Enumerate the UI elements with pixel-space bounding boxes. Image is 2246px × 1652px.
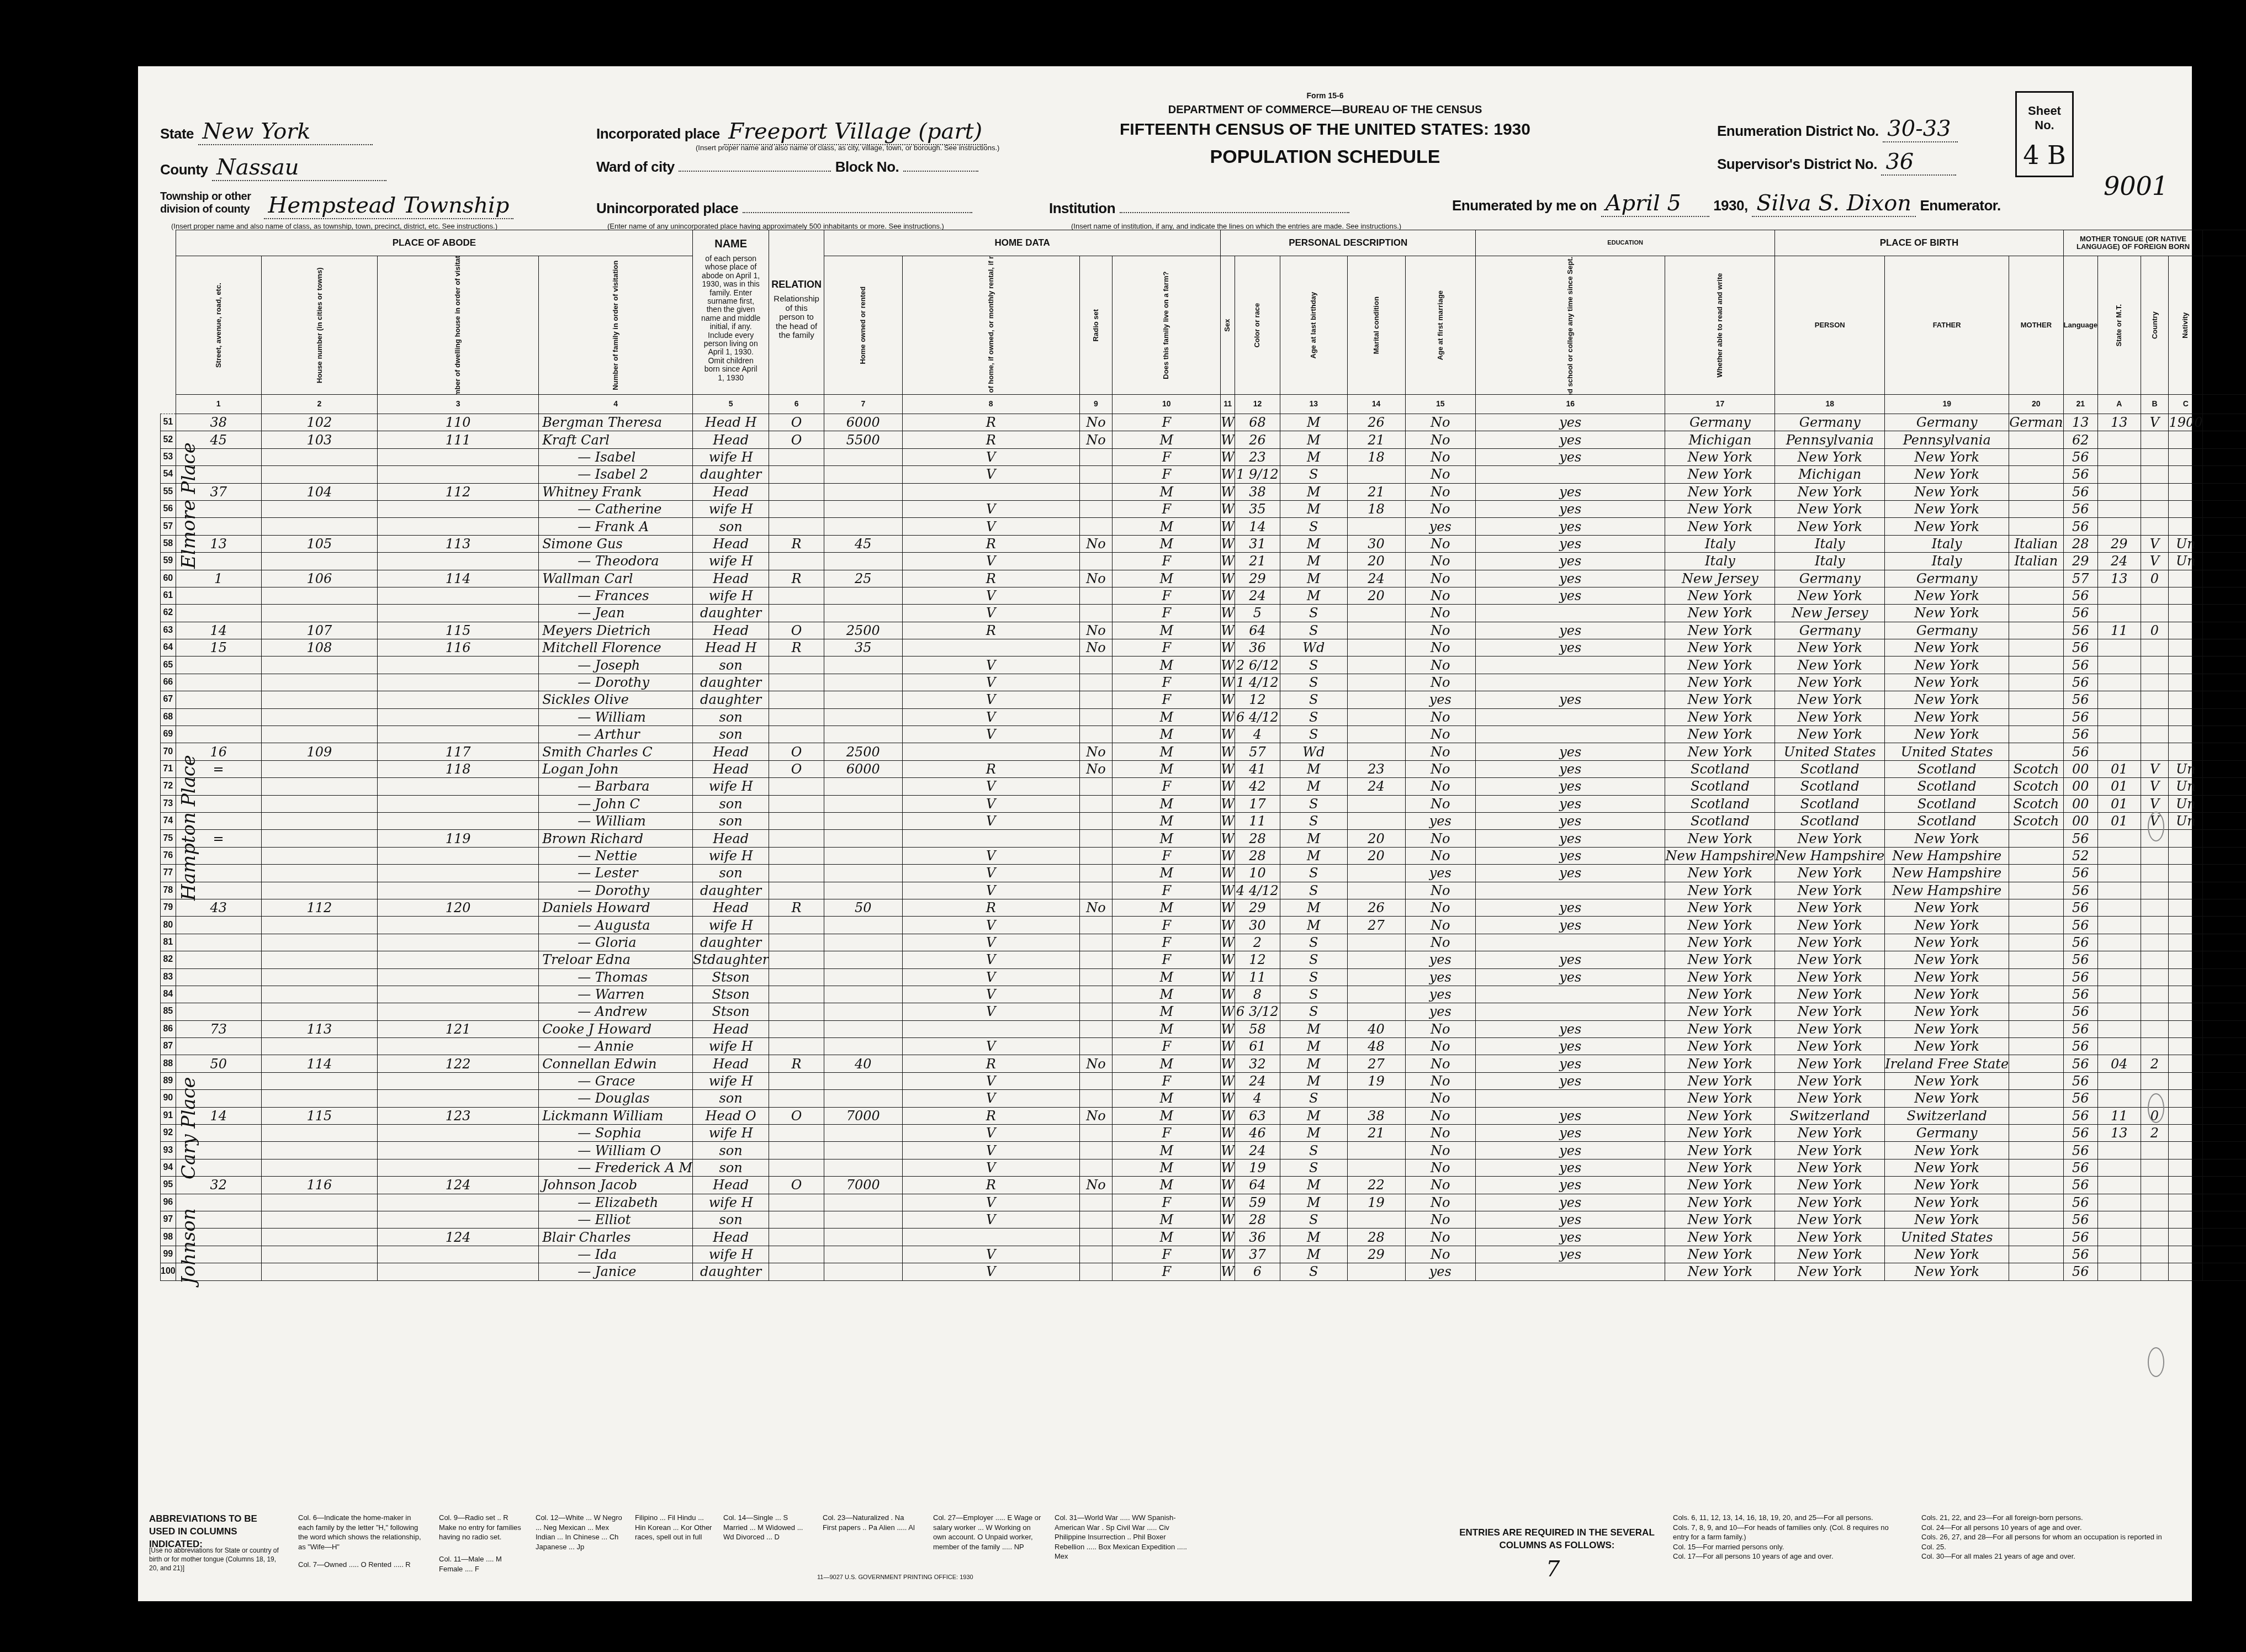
cell-relation: Head	[692, 622, 769, 639]
cell-code-c	[2141, 500, 2169, 517]
cell-tongue	[2009, 1142, 2063, 1159]
col-header-13: Age at last birthday	[1280, 256, 1347, 395]
cell-code-c: V	[2141, 795, 2169, 812]
cell-sex: M	[1113, 708, 1221, 726]
entries-1: Cols. 6, 11, 12, 13, 14, 16, 18, 19, 20,…	[1673, 1513, 1905, 1523]
cell-age: 11	[1235, 812, 1280, 829]
cell-farm	[1079, 1038, 1113, 1055]
cell-school: No	[1405, 1246, 1475, 1263]
cell-line: 92	[161, 1125, 176, 1142]
group-name: NAMEof each person whose place of abode …	[692, 230, 769, 395]
cell-value	[824, 1211, 902, 1228]
cell-dwelling: 112	[261, 899, 377, 916]
cell-code-a: 56	[2063, 865, 2097, 882]
street-name: Cary Place	[178, 1077, 200, 1180]
col-header-22: State or M.T.	[2097, 256, 2141, 395]
col-number: 15	[1405, 395, 1475, 414]
cell-birth-mother: New Hampshire	[1885, 847, 2009, 864]
cell-birth-father: Scotland	[1775, 812, 1885, 829]
cell-value	[824, 1246, 902, 1263]
cell-tongue: Scotch	[2009, 812, 2063, 829]
cell-birth-person: New York	[1665, 605, 1775, 622]
cell-name: — Catherine	[539, 500, 693, 517]
cell-code-a: 56	[2063, 917, 2097, 934]
table-row: 62— JeandaughterVFW5SNoNew YorkNew Jerse…	[161, 605, 2246, 622]
cell-marital: M	[1280, 431, 1347, 448]
cell-sex: F	[1113, 951, 1221, 968]
cell-marital: M	[1280, 899, 1347, 916]
cell-code-c	[2141, 1072, 2169, 1089]
col-header-9: Radio set	[1079, 256, 1113, 395]
cell-code-c	[2141, 986, 2169, 1003]
cell-sex: M	[1113, 899, 1221, 916]
cell-race: W	[1221, 847, 1235, 864]
cell-code-c	[2141, 1177, 2169, 1194]
relation-description: Relationship of this person to the head …	[769, 290, 824, 345]
cell-immig	[2169, 726, 2203, 743]
cell-birth-father: Italy	[1775, 553, 1885, 570]
col-header-label: MOTHER	[2021, 321, 2052, 329]
cell-age-marriage	[1347, 1263, 1405, 1280]
cell-family: 120	[378, 899, 539, 916]
cell-code-a: 28	[2063, 535, 2097, 552]
cell-name: — John C	[539, 795, 693, 812]
cell-sex: M	[1113, 760, 1221, 777]
cell-dwelling	[261, 1229, 377, 1246]
cell-tongue	[2009, 743, 2063, 760]
cell-read	[1476, 934, 1665, 951]
cell-dwelling	[261, 1211, 377, 1228]
cell-natur	[2203, 1090, 2246, 1107]
sd-value: 36	[1881, 149, 1956, 176]
cell-value	[824, 778, 902, 795]
cell-value	[824, 1159, 902, 1176]
cell-relation: Head O	[692, 1107, 769, 1124]
cell-immig	[2169, 605, 2203, 622]
cell-value: 25	[824, 570, 902, 587]
cell-immig	[2169, 968, 2203, 986]
cell-birth-mother: Switzerland	[1885, 1107, 2009, 1124]
cell-school: No	[1405, 639, 1475, 656]
cell-natur	[2203, 882, 2246, 899]
cell-marital: M	[1280, 1246, 1347, 1263]
cell-family	[378, 1072, 539, 1089]
col-header-19: FATHER	[1885, 256, 2009, 395]
table-row: 53— Isabelwife HVFW23M18NoyesNew YorkNew…	[161, 448, 2246, 465]
cell-age-marriage: 18	[1347, 448, 1405, 465]
cell-age-marriage: 38	[1347, 1107, 1405, 1124]
cell-sex: F	[1113, 553, 1221, 570]
cell-code-c	[2141, 587, 2169, 604]
cell-relation: son	[692, 656, 769, 674]
abbrev-col31: Col. 31—World War ..... WW Spanish-Ameri…	[1055, 1513, 1187, 1561]
cell-age: 64	[1235, 622, 1280, 639]
cell-read: yes	[1476, 1055, 1665, 1072]
cell-immig	[2169, 570, 2203, 587]
cell-immig	[2169, 708, 2203, 726]
cell-age-marriage	[1347, 674, 1405, 691]
cell-read: yes	[1476, 899, 1665, 916]
cell-sex: M	[1113, 1177, 1221, 1194]
table-row: 54— Isabel 2daughterVFW1 9/12SNoNew York…	[161, 466, 2246, 483]
cell-immig	[2169, 1003, 2203, 1020]
cell-code-b	[2097, 639, 2141, 656]
cell-relation: Head	[692, 431, 769, 448]
cell-family	[378, 605, 539, 622]
cell-natur	[2203, 951, 2246, 968]
col-number: 1	[176, 395, 261, 414]
cell-owned	[769, 986, 824, 1003]
cell-birth-person: New York	[1665, 726, 1775, 743]
cell-birth-person: Italy	[1665, 553, 1775, 570]
cell-sex: M	[1113, 1211, 1221, 1228]
cell-tongue: Italian	[2009, 553, 2063, 570]
cell-birth-person: New York	[1665, 1194, 1775, 1211]
cell-birth-father: Germany	[1775, 622, 1885, 639]
cell-read: yes	[1476, 1142, 1665, 1159]
cell-radio: V	[902, 986, 1079, 1003]
cell-house	[176, 934, 261, 951]
cell-marital: M	[1280, 1177, 1347, 1194]
cell-marital: S	[1280, 1142, 1347, 1159]
footer-abbreviations: ABBREVIATIONS TO BE USED IN COLUMNS INDI…	[138, 1507, 2192, 1601]
cell-read: yes	[1476, 1072, 1665, 1089]
table-row: 7943112120Daniels HowardHeadR50RNoMW29M2…	[161, 899, 2246, 916]
col-number: 16	[1476, 395, 1665, 414]
cell-age-marriage: 27	[1347, 1055, 1405, 1072]
cell-farm	[1079, 691, 1113, 708]
cell-code-b	[2097, 1177, 2141, 1194]
cell-natur	[2203, 865, 2246, 882]
cell-age-marriage	[1347, 812, 1405, 829]
cell-value: 2500	[824, 622, 902, 639]
cell-code-a: 56	[2063, 934, 2097, 951]
cell-birth-mother: New York	[1885, 1211, 2009, 1228]
cell-birth-father: New York	[1775, 1090, 1885, 1107]
enumeration-district: Enumeration District No. 30-33	[1717, 116, 1958, 142]
cell-birth-mother: New York	[1885, 1177, 2009, 1194]
cell-name: — Dorothy	[539, 674, 693, 691]
cell-dwelling	[261, 865, 377, 882]
cell-code-c: V	[2141, 778, 2169, 795]
cell-dwelling	[261, 708, 377, 726]
cell-school: No	[1405, 830, 1475, 847]
cell-read	[1476, 882, 1665, 899]
cell-birth-mother: Germany	[1885, 1125, 2009, 1142]
cell-birth-mother: New York	[1885, 587, 2009, 604]
cell-tongue	[2009, 448, 2063, 465]
cell-marital: M	[1280, 448, 1347, 465]
cell-value	[824, 968, 902, 986]
cell-relation: Head	[692, 1229, 769, 1246]
cell-birth-person: New York	[1665, 882, 1775, 899]
col-number: 14	[1347, 395, 1405, 414]
cell-farm	[1079, 1125, 1113, 1142]
cell-race: W	[1221, 899, 1235, 916]
cell-farm	[1079, 1020, 1113, 1037]
cell-race: W	[1221, 934, 1235, 951]
cell-marital: M	[1280, 535, 1347, 552]
cell-sex: M	[1113, 968, 1221, 986]
cell-race: W	[1221, 431, 1235, 448]
cell-family: 114	[378, 570, 539, 587]
cell-read: yes	[1476, 795, 1665, 812]
cell-house: 43	[176, 899, 261, 916]
form-number: Form 15-6	[1077, 91, 1574, 100]
col-header-17: Whether able to read and write	[1665, 256, 1775, 395]
cell-relation: wife H	[692, 1072, 769, 1089]
cell-value	[824, 1125, 902, 1142]
cell-dwelling	[261, 1072, 377, 1089]
col-header-4: Number of family in order of visitation	[539, 256, 693, 395]
cell-dwelling: 107	[261, 622, 377, 639]
cell-tongue	[2009, 1003, 2063, 1020]
cell-race: W	[1221, 726, 1235, 743]
col-header-label: Sex	[1224, 319, 1232, 331]
cell-code-c	[2141, 605, 2169, 622]
cell-line: 76	[161, 847, 176, 864]
cell-value	[824, 1194, 902, 1211]
cell-school: No	[1405, 778, 1475, 795]
cell-age-marriage	[1347, 622, 1405, 639]
cell-tongue	[2009, 865, 2063, 882]
cell-family	[378, 708, 539, 726]
cell-immig	[2169, 743, 2203, 760]
cell-read: yes	[1476, 743, 1665, 760]
cell-school: No	[1405, 1194, 1475, 1211]
cell-race: W	[1221, 1229, 1235, 1246]
cell-age-marriage: 20	[1347, 830, 1405, 847]
cell-natur: Un	[2203, 778, 2246, 795]
cell-farm	[1079, 882, 1113, 899]
entries-5: Cols. 21, 22, and 23—For all foreign-bor…	[1921, 1513, 2164, 1523]
cell-tongue	[2009, 726, 2063, 743]
col-number: C	[2169, 395, 2203, 414]
cell-farm: No	[1079, 431, 1113, 448]
cell-race: W	[1221, 448, 1235, 465]
cell-house	[176, 656, 261, 674]
cell-natur	[2203, 1142, 2246, 1159]
cell-code-c	[2141, 639, 2169, 656]
cell-race: W	[1221, 639, 1235, 656]
cell-age: 58	[1235, 1020, 1280, 1037]
cell-tongue	[2009, 847, 2063, 864]
cell-family	[378, 1159, 539, 1176]
cell-birth-person: New York	[1665, 587, 1775, 604]
cell-code-b	[2097, 1090, 2141, 1107]
cell-name: — Ida	[539, 1246, 693, 1263]
cell-age: 31	[1235, 535, 1280, 552]
group-education: EDUCATION	[1476, 230, 1775, 256]
cell-name: — Grace	[539, 1072, 693, 1089]
col-header-21: Language	[2063, 256, 2097, 395]
cell-relation: wife H	[692, 448, 769, 465]
cell-name: — Douglas	[539, 1090, 693, 1107]
cell-code-c	[2141, 1020, 2169, 1037]
cell-age-marriage: 48	[1347, 1038, 1405, 1055]
cell-school: No	[1405, 431, 1475, 448]
cell-code-c	[2141, 1263, 2169, 1280]
cell-radio: V	[902, 812, 1079, 829]
cell-age: 26	[1235, 431, 1280, 448]
cell-natur	[2203, 1020, 2246, 1037]
cell-tongue	[2009, 830, 2063, 847]
cell-age: 1 4/12	[1235, 674, 1280, 691]
cell-birth-mother: New York	[1885, 986, 2009, 1003]
cell-race: W	[1221, 1159, 1235, 1176]
county-field: County Nassau	[160, 155, 386, 181]
cell-school: No	[1405, 1090, 1475, 1107]
cell-race: W	[1221, 691, 1235, 708]
cell-immig	[2169, 1090, 2203, 1107]
cell-read: yes	[1476, 917, 1665, 934]
enumerator-name: Silva S. Dixon	[1752, 190, 1916, 217]
cell-code-b	[2097, 1142, 2141, 1159]
cell-immig	[2169, 1246, 2203, 1263]
col-number: 7	[824, 395, 902, 414]
cell-farm	[1079, 1072, 1113, 1089]
cell-name: Mitchell Florence	[539, 639, 693, 656]
cell-family	[378, 778, 539, 795]
cell-school: No	[1405, 656, 1475, 674]
cell-school: No	[1405, 1229, 1475, 1246]
cell-value	[824, 830, 902, 847]
cell-birth-father: New York	[1775, 951, 1885, 968]
cell-relation: Head	[692, 535, 769, 552]
cell-radio: R	[902, 431, 1079, 448]
cell-dwelling: 106	[261, 570, 377, 587]
cell-family	[378, 1038, 539, 1055]
cell-birth-mother: Italy	[1885, 553, 2009, 570]
cell-birth-mother: New York	[1885, 1194, 2009, 1211]
cell-marital: S	[1280, 1090, 1347, 1107]
col-header-16: Attended school or college any time sinc…	[1476, 256, 1665, 395]
cell-family	[378, 865, 539, 882]
col-header-label: Marital condition	[1372, 296, 1380, 354]
cell-tongue	[2009, 500, 2063, 517]
cell-code-b	[2097, 1229, 2141, 1246]
cell-house	[176, 587, 261, 604]
cell-natur: Un	[2203, 760, 2246, 777]
cell-code-a: 56	[2063, 1090, 2097, 1107]
table-row: 90— DouglassonVMW4SNoNew YorkNew YorkNew…	[161, 1090, 2246, 1107]
table-row: 78— DorothydaughterVFW4 4/12SNoNew YorkN…	[161, 882, 2246, 899]
table-row: 57— Frank AsonVMW14SyesyesNew YorkNew Yo…	[161, 518, 2246, 535]
cell-relation: daughter	[692, 934, 769, 951]
cell-relation: Stson	[692, 968, 769, 986]
cell-birth-mother: New York	[1885, 466, 2009, 483]
cell-relation: Head H	[692, 639, 769, 656]
cell-dwelling: 115	[261, 1107, 377, 1124]
cell-tongue	[2009, 1229, 2063, 1246]
cell-value	[824, 587, 902, 604]
cell-school: yes	[1405, 691, 1475, 708]
cell-relation: wife H	[692, 1125, 769, 1142]
entries-4: Col. 17—For all persons 10 years of age …	[1673, 1552, 1905, 1561]
cell-relation: Head	[692, 830, 769, 847]
cell-birth-father: Scotland	[1775, 778, 1885, 795]
cell-code-a: 56	[2063, 1107, 2097, 1124]
cell-school: No	[1405, 535, 1475, 552]
cell-farm	[1079, 795, 1113, 812]
cell-birth-mother: New York	[1885, 1072, 2009, 1089]
cell-race: W	[1221, 1090, 1235, 1107]
group-personal-description: PERSONAL DESCRIPTION	[1221, 230, 1476, 256]
cell-code-a: 56	[2063, 466, 2097, 483]
cell-birth-father: Michigan	[1775, 466, 1885, 483]
cell-sex: M	[1113, 656, 1221, 674]
cell-sex: M	[1113, 986, 1221, 1003]
cell-owned	[769, 847, 824, 864]
cell-sex: F	[1113, 917, 1221, 934]
cell-age-marriage: 21	[1347, 431, 1405, 448]
cell-birth-mother: New York	[1885, 518, 2009, 535]
cell-name: — Isabel	[539, 448, 693, 465]
cell-line: 62	[161, 605, 176, 622]
cell-school: No	[1405, 726, 1475, 743]
cell-school: yes	[1405, 986, 1475, 1003]
cell-marital: M	[1280, 847, 1347, 864]
cell-tongue	[2009, 691, 2063, 708]
cell-age: 42	[1235, 778, 1280, 795]
cell-tongue	[2009, 656, 2063, 674]
table-row: 89— Gracewife HVFW24M19NoyesNew YorkNew …	[161, 1072, 2246, 1089]
cell-race: W	[1221, 795, 1235, 812]
cell-code-b: 01	[2097, 760, 2141, 777]
cell-code-c	[2141, 899, 2169, 916]
table-row: 87— Anniewife HVFW61M48NoyesNew YorkNew …	[161, 1038, 2246, 1055]
cell-birth-person: Scotland	[1665, 760, 1775, 777]
cell-dwelling	[261, 656, 377, 674]
cell-birth-person: Michigan	[1665, 431, 1775, 448]
cell-owned	[769, 674, 824, 691]
cell-owned: O	[769, 622, 824, 639]
cell-sex: M	[1113, 1055, 1221, 1072]
col-header-label: Age at first marriage	[1437, 290, 1444, 360]
cell-immig	[2169, 882, 2203, 899]
state-value: New York	[198, 119, 373, 145]
cell-birth-person: New York	[1665, 500, 1775, 517]
unincorporated-note: (Enter name of any unincorporated place …	[607, 222, 944, 230]
cell-radio: V	[902, 518, 1079, 535]
cell-birth-mother: Germany	[1885, 622, 2009, 639]
cell-owned	[769, 1090, 824, 1107]
cell-code-b: 13	[2097, 414, 2141, 431]
cell-natur: Un	[2203, 553, 2246, 570]
cell-marital: M	[1280, 570, 1347, 587]
cell-birth-person: Italy	[1665, 535, 1775, 552]
cell-immig	[2169, 1177, 2203, 1194]
cell-age: 23	[1235, 448, 1280, 465]
cell-owned: O	[769, 431, 824, 448]
cell-name: — Gloria	[539, 934, 693, 951]
cell-immig	[2169, 1020, 2203, 1037]
cell-age-marriage	[1347, 1211, 1405, 1228]
cell-race: W	[1221, 587, 1235, 604]
entries-list-1: Cols. 6, 11, 12, 13, 14, 16, 18, 19, 20,…	[1673, 1513, 1905, 1561]
cell-tongue	[2009, 518, 2063, 535]
table-row: 5537104112Whitney FrankHeadMW38M21NoyesN…	[161, 483, 2246, 500]
table-row: 72— Barbarawife HVFW42M24NoyesScotlandSc…	[161, 778, 2246, 795]
cell-marital: M	[1280, 1038, 1347, 1055]
cell-age: 4	[1235, 726, 1280, 743]
cell-owned	[769, 1142, 824, 1159]
table-row: 97— ElliotsonVMW28SNoyesNew YorkNew York…	[161, 1211, 2246, 1228]
cell-school: yes	[1405, 1263, 1475, 1280]
cell-age: 24	[1235, 587, 1280, 604]
cell-dwelling: 113	[261, 1020, 377, 1037]
cell-immig	[2169, 1072, 2203, 1089]
